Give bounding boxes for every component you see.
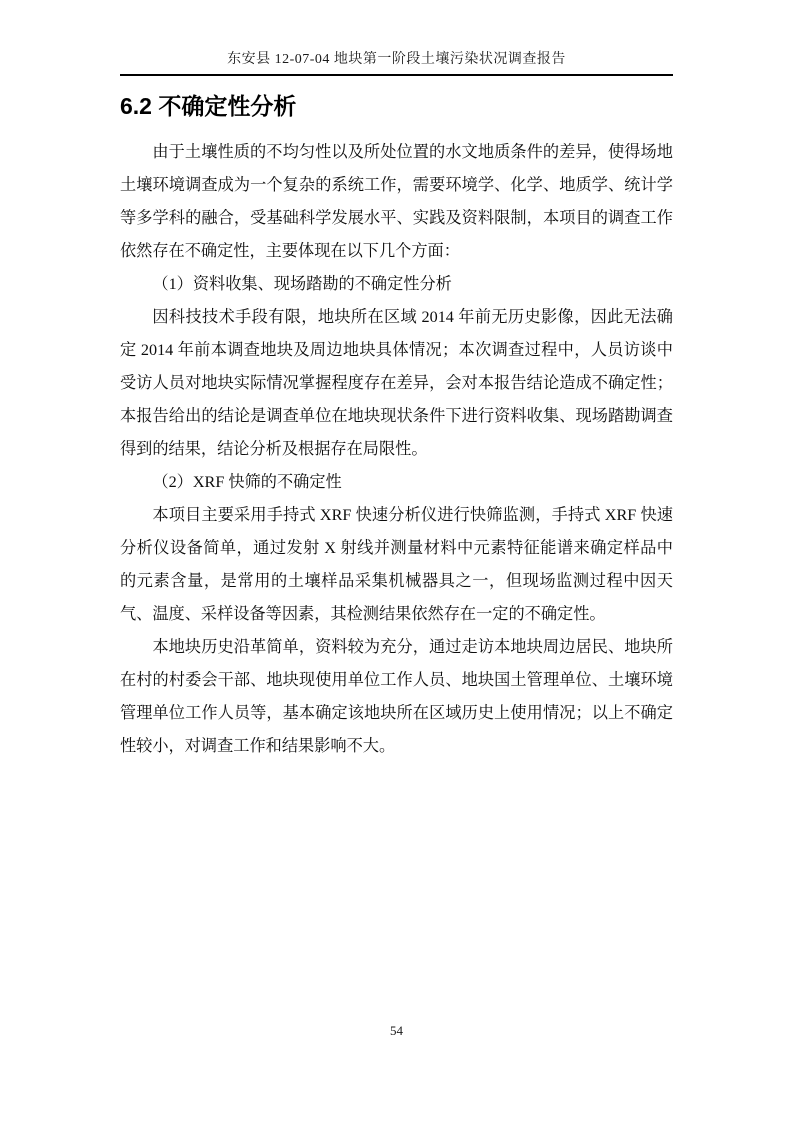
- document-page: 东安县 12-07-04 地块第一阶段土壤污染状况调查报告 6.2 不确定性分析…: [0, 0, 793, 1122]
- section-heading: 6.2 不确定性分析: [120, 90, 673, 122]
- body-text: 由于土壤性质的不均匀性以及所处位置的水文地质条件的差异，使得场地土壤环境调查成为…: [120, 136, 673, 763]
- paragraph-item-2-title: （2）XRF 快筛的不确定性: [120, 466, 673, 499]
- paragraph-conclusion: 本地块历史沿革简单，资料较为充分，通过走访本地块周边居民、地块所在村的村委会干部…: [120, 631, 673, 763]
- paragraph-item-1-body: 因科技技术手段有限，地块所在区域 2014 年前无历史影像，因此无法确定 201…: [120, 301, 673, 466]
- running-header-title: 东安县 12-07-04 地块第一阶段土壤污染状况调查报告: [227, 52, 566, 67]
- paragraph-item-2-body: 本项目主要采用手持式 XRF 快速分析仪进行快筛监测，手持式 XRF 快速分析仪…: [120, 499, 673, 631]
- running-header: 东安县 12-07-04 地块第一阶段土壤污染状况调查报告: [120, 50, 673, 70]
- header-divider: [120, 74, 673, 76]
- page-number: 54: [0, 1022, 793, 1040]
- paragraph-intro: 由于土壤性质的不均匀性以及所处位置的水文地质条件的差异，使得场地土壤环境调查成为…: [120, 136, 673, 268]
- paragraph-item-1-title: （1）资料收集、现场踏勘的不确定性分析: [120, 268, 673, 301]
